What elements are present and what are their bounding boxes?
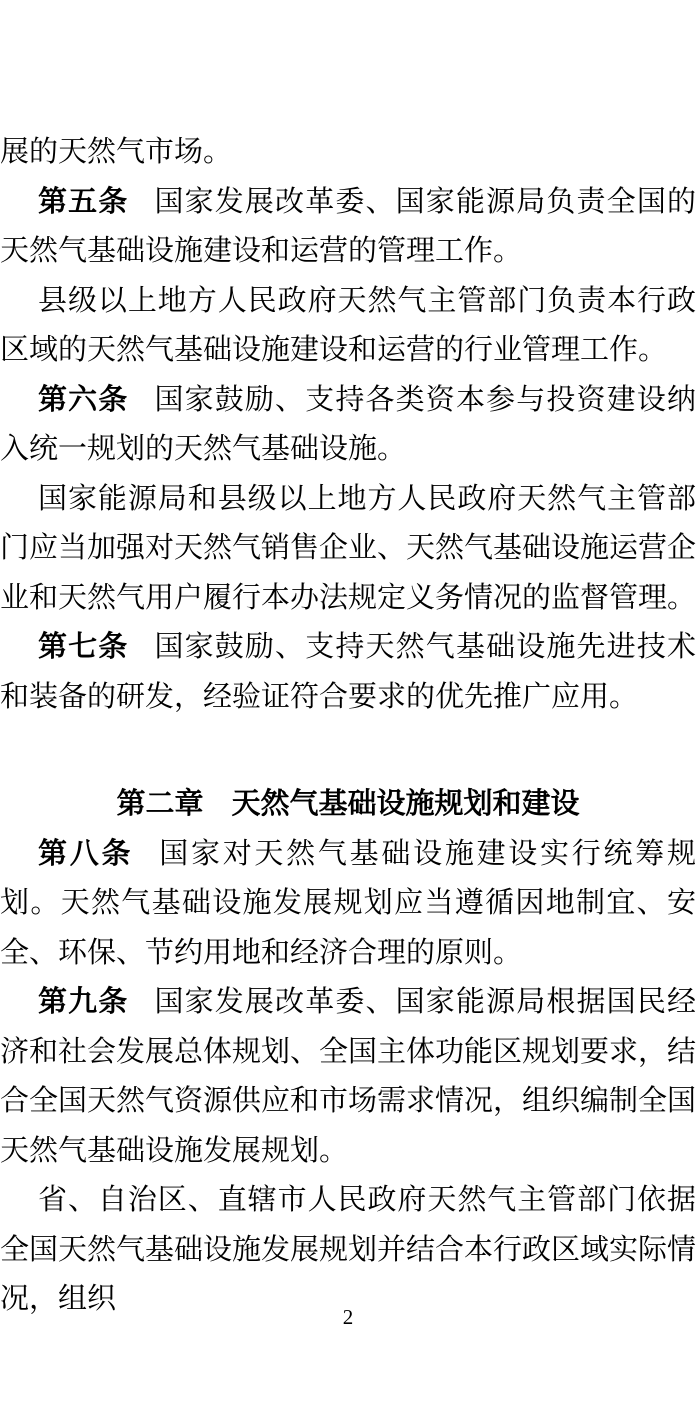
page-content: 展的天然气市场。 第五条国家发展改革委、国家能源局负责全国的天然气基础设施建设和… bbox=[0, 0, 696, 1325]
page-number: 2 bbox=[0, 1303, 696, 1331]
paragraph-body-supervision: 国家能源局和县级以上地方人民政府天然气主管部门应当加强对天然气销售企业、天然气基… bbox=[0, 475, 696, 624]
chapter-heading: 第二章天然气基础设施规划和建设 bbox=[0, 780, 696, 830]
article-9-label: 第九条 bbox=[38, 986, 128, 1018]
paragraph-article-5: 第五条国家发展改革委、国家能源局负责全国的天然气基础设施建设和运营的管理工作。 bbox=[0, 178, 696, 277]
paragraph-body-county: 县级以上地方人民政府天然气主管部门负责本行政区域的天然气基础设施建设和运营的行业… bbox=[0, 277, 696, 376]
paragraph-article-9: 第九条国家发展改革委、国家能源局根据国民经济和社会发展总体规划、全国主体功能区规… bbox=[0, 978, 696, 1176]
document-page: 展的天然气市场。 第五条国家发展改革委、国家能源局负责全国的天然气基础设施建设和… bbox=[0, 0, 696, 1415]
paragraph-article-6: 第六条国家鼓励、支持各类资本参与投资建设纳入统一规划的天然气基础设施。 bbox=[0, 376, 696, 475]
chapter-number-label: 第二章 bbox=[116, 788, 203, 820]
chapter-title-text: 天然气基础设施规划和建设 bbox=[232, 788, 580, 820]
article-6-label: 第六条 bbox=[38, 384, 128, 416]
paragraph-continuation: 展的天然气市场。 bbox=[0, 128, 696, 178]
article-5-label: 第五条 bbox=[38, 186, 128, 218]
paragraph-article-7: 第七条国家鼓励、支持天然气基础设施先进技术和装备的研发，经验证符合要求的优先推广… bbox=[0, 623, 696, 722]
article-7-label: 第七条 bbox=[38, 631, 128, 663]
article-8-label: 第八条 bbox=[38, 838, 133, 870]
paragraph-article-8: 第八条国家对天然气基础设施建设实行统筹规划。天然气基础设施发展规划应当遵循因地制… bbox=[0, 830, 696, 979]
